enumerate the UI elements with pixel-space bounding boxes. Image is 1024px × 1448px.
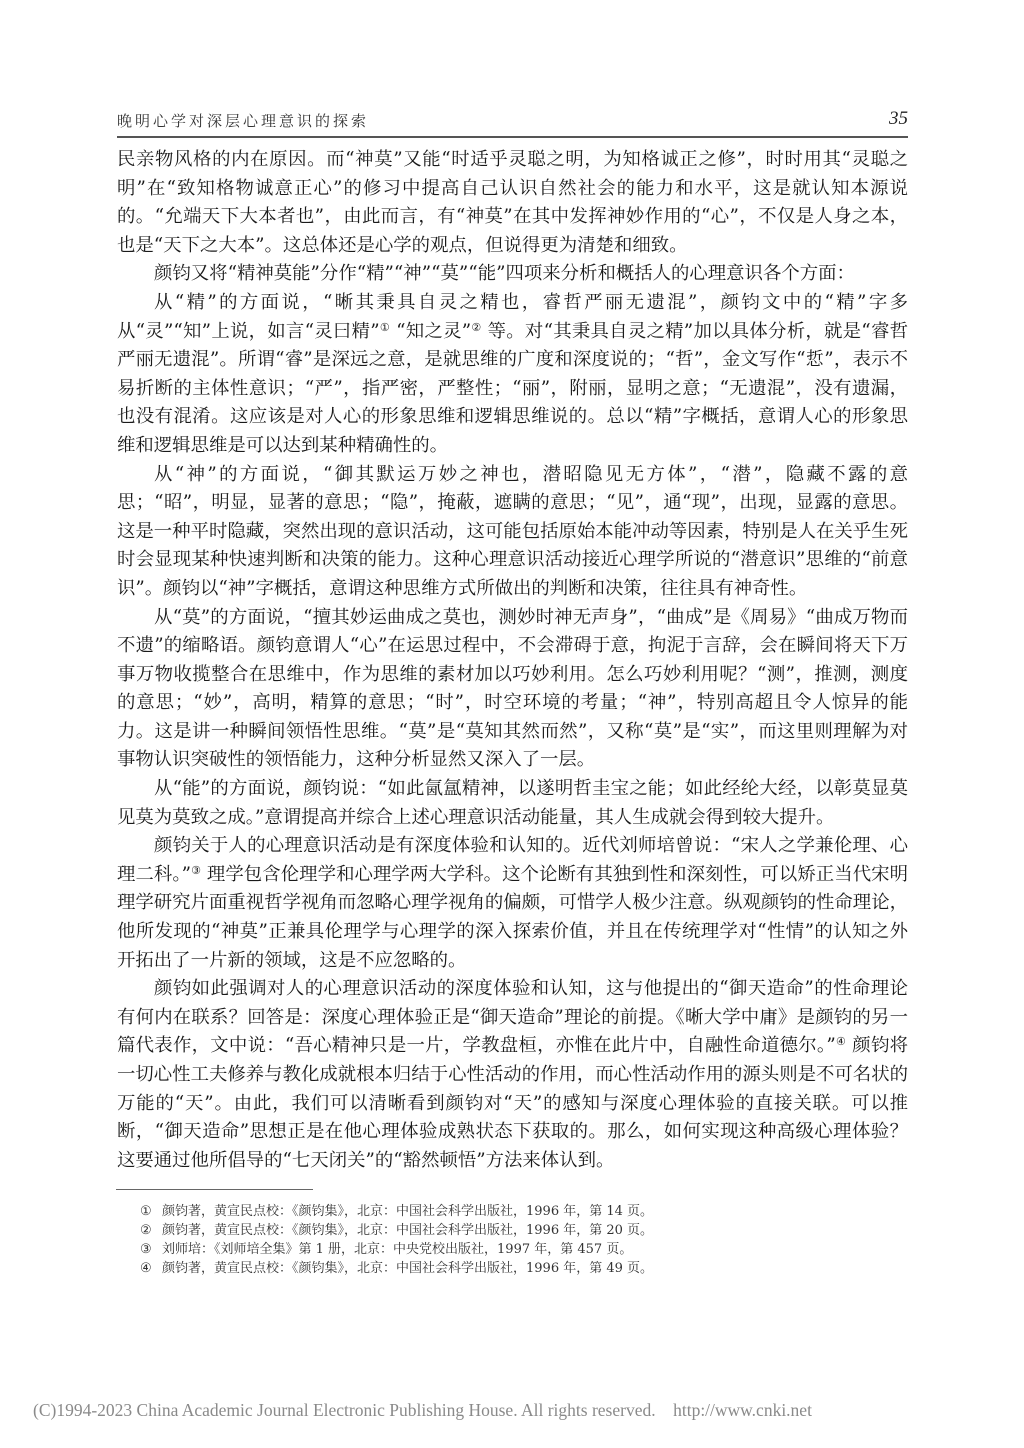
paragraph-8: 颜钧如此强调对人的心理意识活动的深度体验和认知，这与他提出的“御天造命”的性命理… — [117, 975, 908, 1175]
footnote-text: 刘师培：《刘师培全集》第 1 册，北京：中央党校出版社，1997 年，第 457… — [162, 1240, 632, 1259]
footnote-text: 颜钧著，黄宣民点校：《颜钧集》，北京：中国社会科学出版社，1996 年，第 49… — [162, 1259, 653, 1278]
paragraph-7: 颜钧关于人的心理意识活动是有深度体验和认知的。近代刘师培曾说：“宋人之学兼伦理、… — [117, 832, 908, 975]
footnote-1: ① 颜钧著，黄宣民点校：《颜钧集》，北京：中国社会科学出版社，1996 年，第 … — [140, 1202, 840, 1221]
page-number: 35 — [889, 108, 908, 130]
footnote-ref-3[interactable]: ③ — [191, 864, 201, 877]
document-page: 晚明心学对深层心理意识的探索 35 民亲物风格的内在原因。而“神莫”又能“时适乎… — [0, 0, 1024, 1448]
footnote-number: ① — [140, 1202, 162, 1221]
footnote-ref-2[interactable]: ② — [471, 321, 481, 334]
footnote-text: 颜钧著，黄宣民点校：《颜钧集》，北京：中国社会科学出版社，1996 年，第 20… — [162, 1221, 653, 1240]
paragraph-3-part-b: “知之灵” — [390, 321, 471, 342]
header-rule — [117, 136, 908, 138]
paragraph-2: 颜钧又将“精神莫能”分作“精”“神”“莫”“能”四项来分析和概括人的心理意识各个… — [117, 260, 908, 289]
footnote-number: ④ — [140, 1259, 162, 1278]
paragraph-4: 从“神”的方面说，“御其默运万妙之神也，潜昭隐见无方体”，“潜”，隐藏不露的意思… — [117, 461, 908, 604]
footnote-ref-4[interactable]: ④ — [836, 1035, 846, 1048]
footnote-number: ③ — [140, 1240, 162, 1259]
body-text: 民亲物风格的内在原因。而“神莫”又能“时适乎灵聪之明，为知格诚正之修”，时时用其… — [117, 146, 908, 1175]
footnote-text: 颜钧著，黄宣民点校：《颜钧集》，北京：中国社会科学出版社，1996 年，第 14… — [162, 1202, 653, 1221]
copyright-notice: (C)1994-2023 China Academic Journal Elec… — [33, 1400, 812, 1421]
footnote-number: ② — [140, 1221, 162, 1240]
footnotes: ① 颜钧著，黄宣民点校：《颜钧集》，北京：中国社会科学出版社，1996 年，第 … — [140, 1202, 840, 1278]
paragraph-3: 从“精”的方面说，“晰其秉具自灵之精也，睿哲严丽无遗混”，颜钧文中的“精”字多从… — [117, 289, 908, 461]
footnote-4: ④ 颜钧著，黄宣民点校：《颜钧集》，北京：中国社会科学出版社，1996 年，第 … — [140, 1259, 840, 1278]
paragraph-7-part-b: 理学包含伦理学和心理学两大学科。这个论断有其独到性和深刻性，可以矫正当代宋明理学… — [117, 864, 908, 971]
paragraph-8-part-a: 颜钧如此强调对人的心理意识活动的深度体验和认知，这与他提出的“御天造命”的性命理… — [117, 978, 908, 1056]
footnote-3: ③ 刘师培：《刘师培全集》第 1 册，北京：中央党校出版社，1997 年，第 4… — [140, 1240, 840, 1259]
paragraph-6: 从“能”的方面说，颜钧说：“如此氤氲精神，以遂明哲圭宝之能；如此经纶大经，以彰莫… — [117, 775, 908, 832]
paragraph-5: 从“莫”的方面说，“擅其妙运曲成之莫也，测妙时神无声身”，“曲成”是《周易》“曲… — [117, 604, 908, 776]
running-title: 晚明心学对深层心理意识的探索 — [117, 110, 369, 131]
running-head: 晚明心学对深层心理意识的探索 35 — [117, 108, 908, 134]
paragraph-1: 民亲物风格的内在原因。而“神莫”又能“时适乎灵聪之明，为知格诚正之修”，时时用其… — [117, 146, 908, 260]
footnote-2: ② 颜钧著，黄宣民点校：《颜钧集》，北京：中国社会科学出版社，1996 年，第 … — [140, 1221, 840, 1240]
footnote-ref-1[interactable]: ① — [380, 321, 390, 334]
footnote-rule — [116, 1189, 313, 1190]
